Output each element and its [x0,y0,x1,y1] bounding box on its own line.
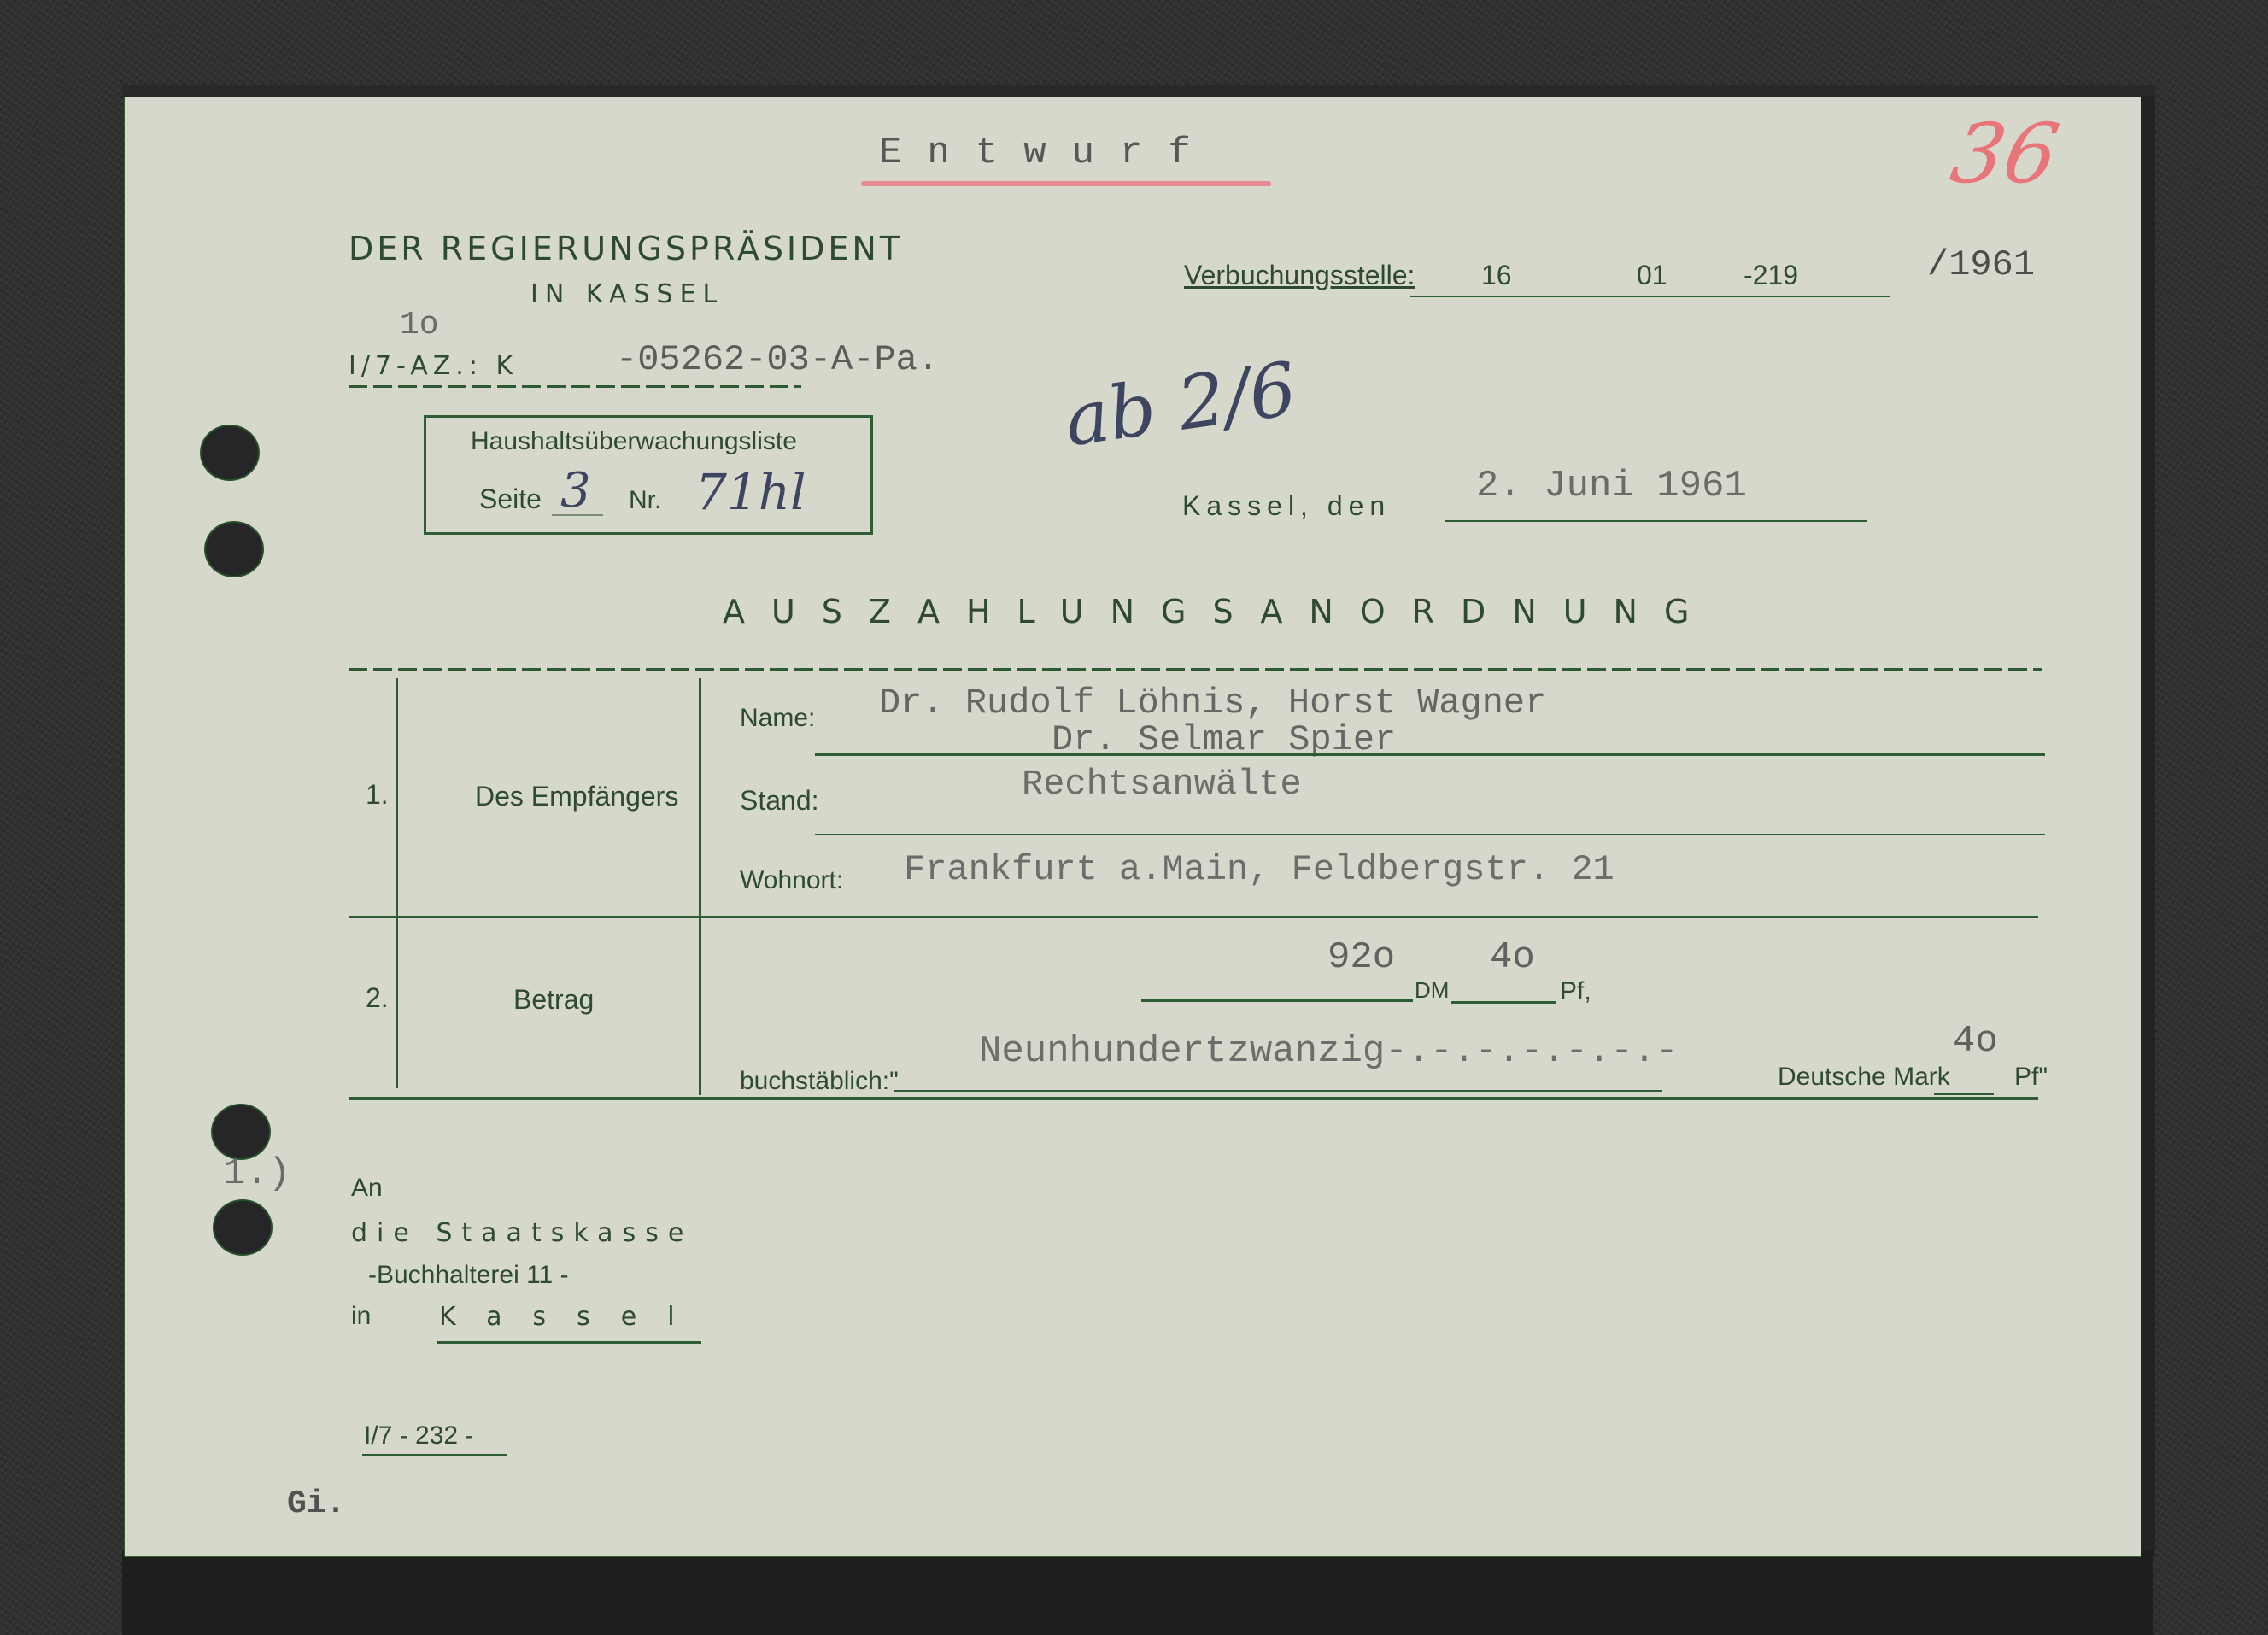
handwritten-page-number: 36 [1944,106,2066,202]
punch-hole [214,1201,271,1254]
document-title: AUSZAHLUNGSANORDNUNG [723,593,1715,630]
addressee-line1: die Staatskasse [351,1218,693,1248]
amount-row-number: 2. [366,982,389,1014]
budget-number-label: Nr. [629,486,661,515]
place-date-label: Kassel, den [1182,490,1391,522]
name-underline [815,753,2045,756]
reference-prefix: I/7-AZ.: K [349,351,518,381]
addressee-city: Kassel [439,1302,706,1332]
addressee-to: An [351,1174,383,1203]
handwritten-note: ab 2/6 [1059,347,1301,464]
amount-pf-value: 4o [1490,936,1535,979]
date-underline [1445,520,1867,522]
booking-part1: 16 [1481,260,1512,291]
reference-underline [349,385,801,388]
punch-hole [202,426,258,479]
amount-dm-underline [1141,999,1413,1002]
table-row-divider [349,916,2038,918]
draft-underline-red [861,181,1271,186]
payment-order-form: Entwurf 36 DER REGIERUNGSPRÄSIDENT IN KA… [124,97,2141,1557]
table-top-border [349,668,2042,671]
budget-page-value: 3 [560,463,591,519]
scan-background-band [122,1550,2153,1635]
booking-label: Verbuchungsstelle: [1184,260,1415,291]
amount-pf-underline [1451,1001,1556,1004]
recipient-row-number: 1. [366,779,389,811]
draft-label: Entwurf [879,132,1216,174]
status-value: Rechtsanwälte [1022,764,1302,805]
amount-pf-words-label: Pf" [2014,1063,2048,1092]
booking-part3: -219 [1743,260,1798,291]
addressee-line2: -Buchhalterei 11 - [368,1261,569,1290]
scan-background-edge [2140,96,2155,1556]
amount-pf-words-underline [1934,1093,1994,1095]
form-number-underline [362,1454,507,1456]
currency-label: Deutsche Mark [1778,1063,1950,1092]
recipient-row-label: Des Empfängers [475,781,678,812]
addressee-city-underline [437,1341,701,1344]
budget-list-title: Haushaltsüberwachungsliste [471,427,797,456]
table-column-divider [699,678,701,1095]
residence-label: Wohnort: [740,866,843,895]
amount-row-label: Betrag [513,984,594,1016]
punch-hole [206,523,262,576]
form-number: I/7 - 232 - [364,1421,473,1450]
reference-value: -05262-03-A-Pa. [616,339,939,380]
amount-pf-label: Pf, [1560,977,1591,1006]
scan-background-edge [122,85,2155,97]
amount-in-words-label: buchstäblich:" [740,1067,899,1096]
status-underline [815,834,2045,835]
authority-city: IN KASSEL [530,279,724,309]
residence-value: Frankfurt a.Main, Feldbergstr. 21 [904,849,1615,890]
date-value: 2. Juni 1961 [1476,465,1747,507]
budget-page-label: Seite [479,483,542,515]
addressee-in-label: in [351,1302,371,1331]
name-label: Name: [740,704,815,733]
table-bottom-border [349,1097,2038,1100]
booking-underline [1410,296,1890,297]
booking-part2: 01 [1637,260,1667,291]
reference-superscript: 1o [400,307,439,343]
name-value-line1: Dr. Rudolf Löhnis, Horst Wagner [879,683,1546,724]
amount-in-words-underline [894,1090,1662,1092]
budget-number-value: 71hl [695,463,806,521]
authority-name: DER REGIERUNGSPRÄSIDENT [349,230,903,267]
amount-pf-words-value: 4o [1953,1020,1998,1063]
status-label: Stand: [740,785,819,817]
budget-page-underline [552,514,603,516]
punch-hole [213,1105,269,1158]
amount-dm-label: DM [1415,977,1449,1004]
table-column-divider [396,678,398,1088]
amount-in-words-value: Neunhundertzwanzig-.-.-.-.-.-.- [979,1030,1679,1073]
booking-year: /1961 [1927,244,2035,285]
initials: Gi. [287,1486,345,1522]
amount-dm-value: 92o [1327,936,1395,979]
item-marker: 1.) [223,1152,290,1195]
